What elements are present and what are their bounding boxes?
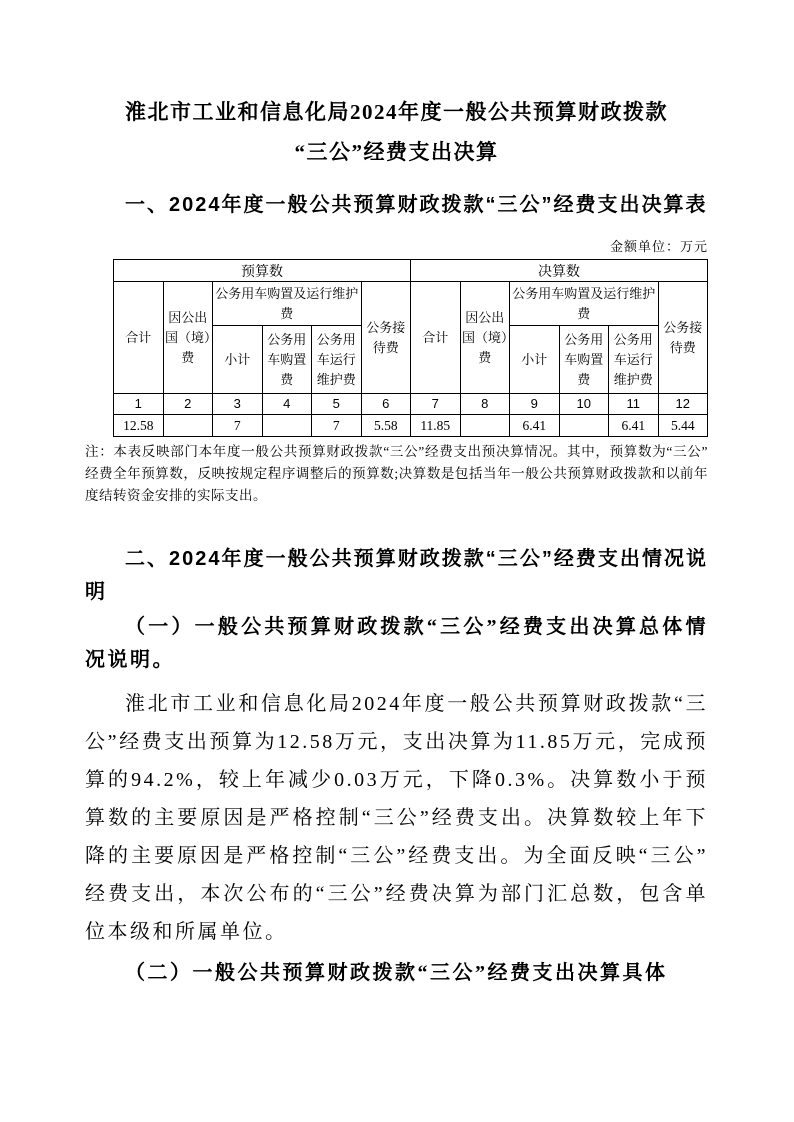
budget-vehicle-group-header: 公务用车购置及运行维护费 [213,282,362,326]
column-number-cell: 11 [609,394,659,415]
table-row: 12.58 7 7 5.58 11.85 6.41 6.41 5.44 [114,415,708,437]
section2-heading: 二、2024年度一般公共预算财政拨款“三公”经费支出情况说明 [85,543,708,609]
final-total-header: 合计 [411,282,461,394]
column-number-cell: 4 [262,394,312,415]
table-row: 合计 因公出国（境）费 公务用车购置及运行维护费 公务接待费 合计 因公出国（境… [114,282,708,326]
amount-unit-label: 金额单位：万元 [85,237,708,257]
column-number-cell: 2 [163,394,213,415]
final-vehicle-operation-header: 公务用车运行维护费 [609,326,659,394]
budget-total-value: 12.58 [114,415,164,437]
subsection1-heading: （一）一般公共预算财政拨款“三公”经费支出决算总体情况说明。 [85,611,708,677]
budget-total-header: 合计 [114,282,164,394]
final-abroad-value [460,415,510,437]
final-vehicle-operation-value: 6.41 [609,415,659,437]
column-number-cell: 9 [510,394,560,415]
subsection1-paragraph: 淮北市工业和信息化局2024年度一般公共预算财政拨款“三公”经费支出预算为12.… [85,685,708,951]
section1-heading: 一、2024年度一般公共预算财政拨款“三公”经费支出决算表 [85,190,708,221]
final-subtotal-header: 小计 [510,326,560,394]
final-reception-header: 公务接待费 [658,282,708,394]
table-footnote: 注：本表反映部门本年度一般公共预算财政拨款“三公”经费支出预决算情况。其中，预算… [85,441,708,507]
document-title: 淮北市工业和信息化局2024年度一般公共预算财政拨款“三公”经费支出决算 [117,92,677,172]
subsection2-heading: （二）一般公共预算财政拨款“三公”经费支出决算具体 [85,957,708,990]
budget-subtotal-header: 小计 [213,326,263,394]
document-page: 淮北市工业和信息化局2024年度一般公共预算财政拨款“三公”经费支出决算 一、2… [0,0,794,1122]
final-vehicle-subtotal-value: 6.41 [510,415,560,437]
column-number-cell: 1 [114,394,164,415]
final-total-value: 11.85 [411,415,461,437]
table-row: 1 2 3 4 5 6 7 8 9 10 11 12 [114,394,708,415]
column-number-cell: 6 [361,394,411,415]
column-number-cell: 8 [460,394,510,415]
budget-vehicle-subtotal-value: 7 [213,415,263,437]
budget-vehicle-operation-header: 公务用车运行维护费 [312,326,362,394]
budget-abroad-value [163,415,213,437]
budget-group-header: 预算数 [114,260,411,282]
final-reception-value: 5.44 [658,415,708,437]
final-vehicle-purchase-value [559,415,609,437]
final-vehicle-purchase-header: 公务用车购置费 [559,326,609,394]
column-number-cell: 7 [411,394,461,415]
column-number-cell: 12 [658,394,708,415]
column-number-cell: 10 [559,394,609,415]
column-number-cell: 5 [312,394,362,415]
sangong-expense-table: 预算数 决算数 合计 因公出国（境）费 公务用车购置及运行维护费 公务接待费 合… [113,259,708,437]
budget-vehicle-purchase-value [262,415,312,437]
budget-reception-header: 公务接待费 [361,282,411,394]
column-number-cell: 3 [213,394,263,415]
final-group-header: 决算数 [411,260,708,282]
budget-vehicle-purchase-header: 公务用车购置费 [262,326,312,394]
final-vehicle-group-header: 公务用车购置及运行维护费 [510,282,659,326]
final-abroad-header: 因公出国（境）费 [460,282,510,394]
budget-abroad-header: 因公出国（境）费 [163,282,213,394]
budget-vehicle-operation-value: 7 [312,415,362,437]
table-row: 预算数 决算数 [114,260,708,282]
budget-reception-value: 5.58 [361,415,411,437]
